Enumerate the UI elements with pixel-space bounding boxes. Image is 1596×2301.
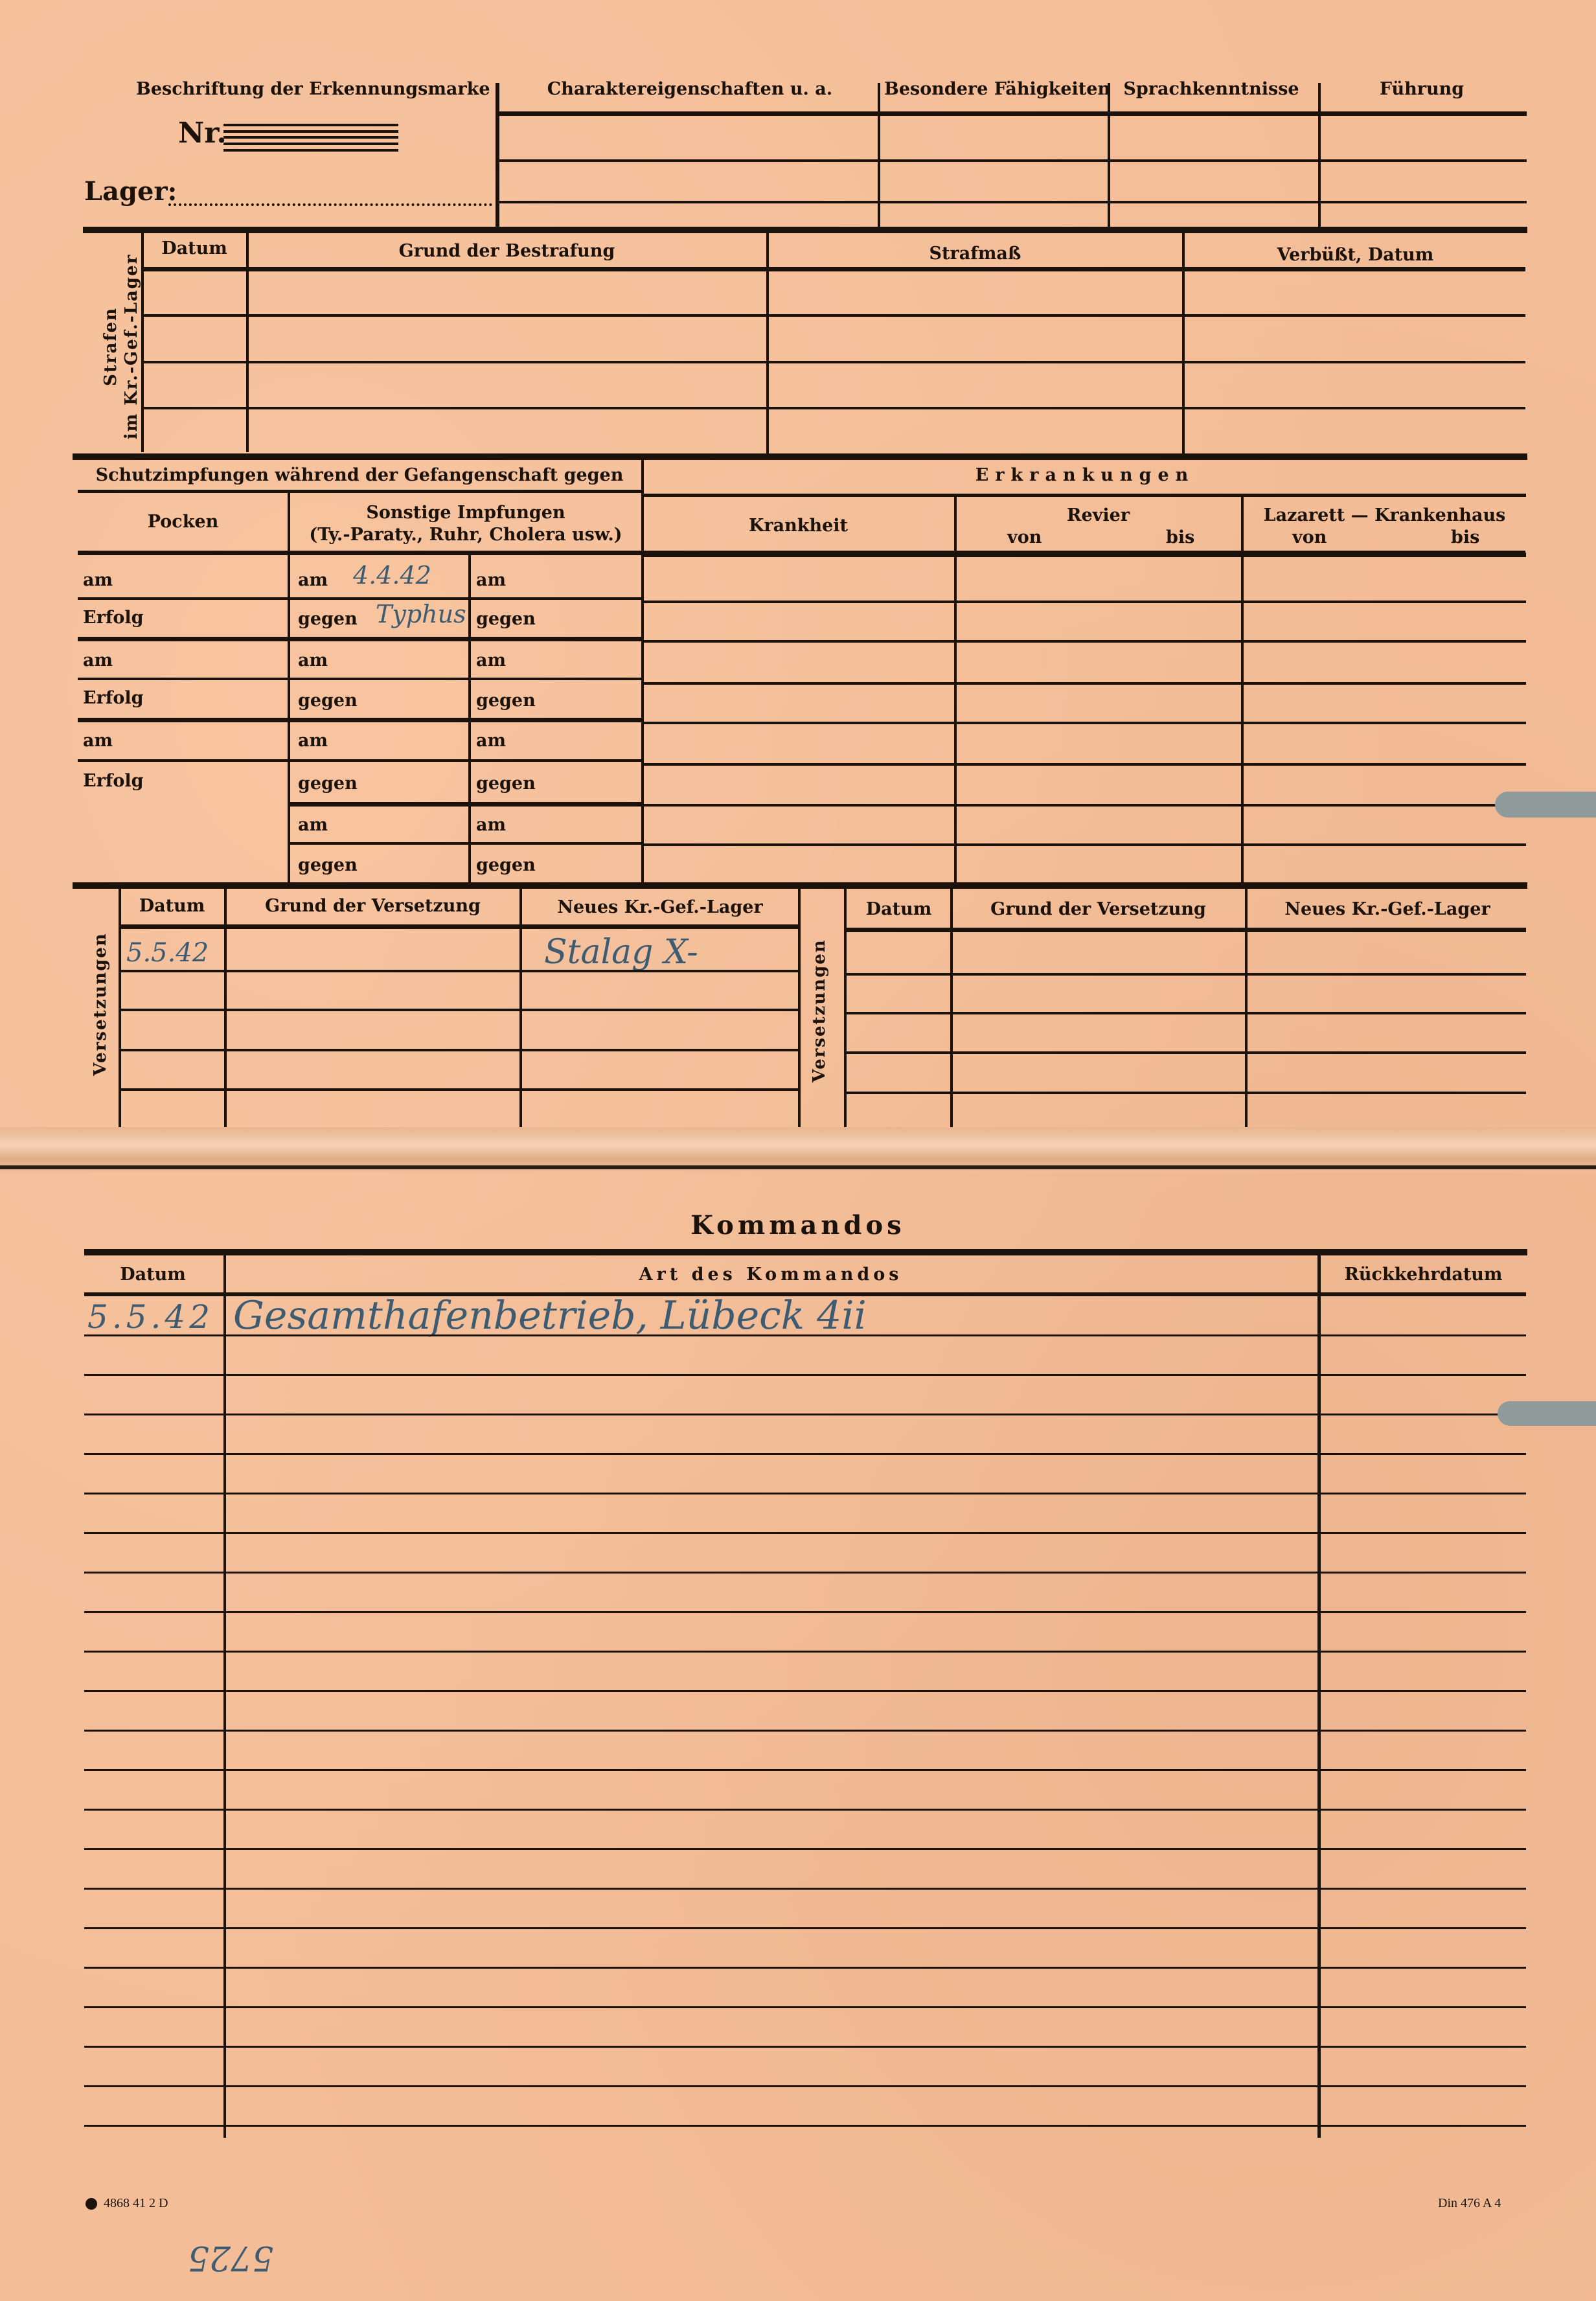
sonstige-header-sub: (Ty.-Paraty., Ruhr, Cholera usw.) (291, 525, 640, 545)
rule (643, 601, 1526, 603)
kommandos-title: Kommandos (0, 1210, 1596, 1241)
rule (84, 1493, 1526, 1494)
rule (845, 1092, 1526, 1094)
rule (845, 1012, 1526, 1014)
nr-label: Nr. (178, 117, 227, 150)
rule (643, 804, 1526, 807)
section-rule (84, 1249, 1527, 1255)
lazarett-header: Lazarett — Krankenhaus (1244, 505, 1525, 525)
col-header: Art des Kommandos (227, 1265, 1315, 1285)
nr-line (223, 149, 398, 152)
am-label: am (298, 650, 328, 670)
erkrankungen-title: Erkrankungen (644, 465, 1525, 485)
rule (142, 407, 1525, 409)
rule (120, 1049, 800, 1051)
rule (84, 1374, 1526, 1376)
rule (142, 314, 1525, 317)
rule (84, 1927, 1526, 1929)
rule (78, 718, 641, 722)
print-code: 4868 41 2 D (85, 2196, 168, 2211)
col-header: Datum (144, 238, 245, 258)
col-header: Grund der Bestrafung (249, 241, 764, 261)
rule (84, 1572, 1526, 1574)
fold-line (0, 1165, 1596, 1169)
handwritten-vaccine: Typhus (376, 600, 466, 628)
am-label: am (298, 815, 328, 835)
rule (845, 1051, 1526, 1054)
gegen-label: gegen (298, 609, 358, 629)
handwritten-date: 4.4.42 (353, 561, 431, 590)
versetzungen-side-label: Versetzungen (810, 933, 836, 1088)
am-label: am (83, 570, 113, 590)
divider (1245, 889, 1248, 1132)
rule (84, 1453, 1526, 1455)
am-label: am (83, 731, 113, 751)
divider (950, 889, 953, 1132)
rule (142, 361, 1525, 363)
rule (78, 490, 643, 493)
rule (120, 970, 800, 972)
handwritten-kommando: Gesamthafenbetrieb, Lübeck 4ii (233, 1293, 867, 1338)
erfolg-label: Erfolg (83, 688, 144, 708)
lager-field[interactable] (168, 203, 492, 206)
divider (141, 231, 144, 452)
divider (844, 889, 847, 1132)
punch-hole (1498, 1401, 1596, 1426)
rule (120, 1009, 800, 1011)
rule (643, 722, 1526, 724)
rule (643, 494, 1526, 497)
marke-title: Beschriftung der Erkennungsmarke (136, 79, 440, 99)
col-header: Charaktereigenschaften u. a. (499, 79, 881, 99)
rule (84, 2125, 1526, 2127)
section-rule (73, 453, 1527, 460)
rule (497, 111, 1527, 116)
din-label: Din 476 A 4 (1438, 2196, 1501, 2211)
col-header: Datum (84, 1265, 222, 1285)
krankheit-header: Krankheit (644, 516, 952, 536)
printer-mark-icon (85, 2198, 97, 2210)
handwritten-date: 5.5.42 (87, 1298, 214, 1336)
von-label: von (1292, 527, 1327, 547)
von-label: von (1007, 527, 1042, 547)
rule (84, 1967, 1526, 1969)
rule (78, 759, 641, 762)
rule (84, 1809, 1526, 1811)
divider (1318, 83, 1321, 227)
rule (84, 1651, 1526, 1653)
rule (78, 678, 641, 680)
gegen-label: gegen (298, 691, 358, 711)
versetzungen-side-label: Versetzungen (91, 926, 117, 1082)
am-label: am (476, 815, 506, 835)
rule (84, 2046, 1526, 2048)
col-header: Führung (1318, 79, 1525, 99)
rule (84, 1888, 1526, 1890)
punch-hole (1495, 792, 1596, 818)
am-label: am (476, 731, 506, 751)
lager-label: Lager: (84, 176, 177, 207)
nr-line (223, 124, 398, 126)
divider (1317, 1255, 1321, 2138)
gegen-label: gegen (476, 691, 536, 711)
rule (288, 802, 641, 807)
am-label: am (476, 570, 506, 590)
rule (288, 842, 641, 845)
impfungen-title: Schutzimpfungen während der Gefangenscha… (78, 465, 641, 485)
col-header: Datum (122, 896, 222, 916)
nr-line (223, 136, 398, 139)
rule (497, 159, 1527, 162)
handwritten-number: 5725 (188, 2238, 273, 2277)
erfolg-label: Erfolg (83, 608, 144, 628)
rule (142, 267, 1525, 271)
col-header: Neues Kr.-Gef.-Lager (523, 897, 797, 917)
divider (223, 1255, 226, 2138)
rule (84, 1730, 1526, 1732)
rule (78, 597, 641, 600)
divider (878, 83, 880, 227)
handwritten-lager: Stalag X- (544, 933, 698, 972)
sonstige-header: Sonstige Impfungen (291, 503, 640, 523)
strafen-side-label: Strafen im Kr.-Gef.-Lager (100, 249, 146, 444)
rule (120, 924, 800, 929)
rule (84, 2085, 1526, 2087)
rule (497, 201, 1527, 203)
gegen-label: gegen (476, 855, 536, 875)
gegen-label: gegen (476, 609, 536, 629)
rule (845, 973, 1526, 976)
rule (643, 843, 1526, 846)
rule (643, 640, 1526, 643)
rule (84, 1690, 1526, 1692)
col-header: Datum (849, 899, 949, 919)
bis-label: bis (1451, 527, 1479, 547)
handwritten-date: 5.5.42 (126, 938, 209, 968)
col-header: Sprachkenntnisse (1108, 79, 1315, 99)
col-header: Rückkehrdatum (1321, 1265, 1525, 1285)
am-label: am (298, 570, 328, 590)
col-header: Grund der Versetzung (228, 896, 518, 916)
nr-line (223, 130, 398, 133)
rule (84, 1532, 1526, 1534)
am-label: am (83, 650, 113, 670)
rule (643, 682, 1526, 685)
divider (496, 83, 499, 227)
col-header: Neues Kr.-Gef.-Lager (1249, 899, 1526, 919)
rule (84, 1334, 1526, 1336)
col-header: Strafmaß (769, 244, 1181, 264)
rule (78, 637, 641, 641)
divider (246, 231, 249, 452)
pocken-header: Pocken (81, 512, 285, 532)
rule (845, 928, 1526, 932)
rule (84, 1848, 1526, 1850)
col-header: Besondere Fähigkeiten (884, 79, 1098, 99)
gegen-label: gegen (298, 855, 358, 875)
rule (84, 1414, 1526, 1415)
rule (120, 1088, 800, 1091)
divider (641, 457, 644, 884)
rule (84, 2006, 1526, 2008)
rule (643, 553, 1526, 557)
rule (84, 1769, 1526, 1771)
section-rule (83, 227, 1527, 233)
gegen-label: gegen (476, 773, 536, 794)
col-header: Grund der Versetzung (953, 899, 1243, 919)
revier-header: Revier (957, 505, 1239, 525)
rule (643, 763, 1526, 766)
divider (1182, 233, 1185, 453)
am-label: am (476, 650, 506, 670)
divider (1108, 83, 1110, 227)
nr-line (223, 143, 398, 145)
col-header: Verbüßt, Datum (1185, 245, 1525, 265)
rule (84, 1611, 1526, 1613)
bis-label: bis (1166, 527, 1194, 547)
erfolg-label: Erfolg (83, 771, 144, 791)
gegen-label: gegen (298, 773, 358, 794)
divider (766, 233, 769, 453)
am-label: am (298, 731, 328, 751)
